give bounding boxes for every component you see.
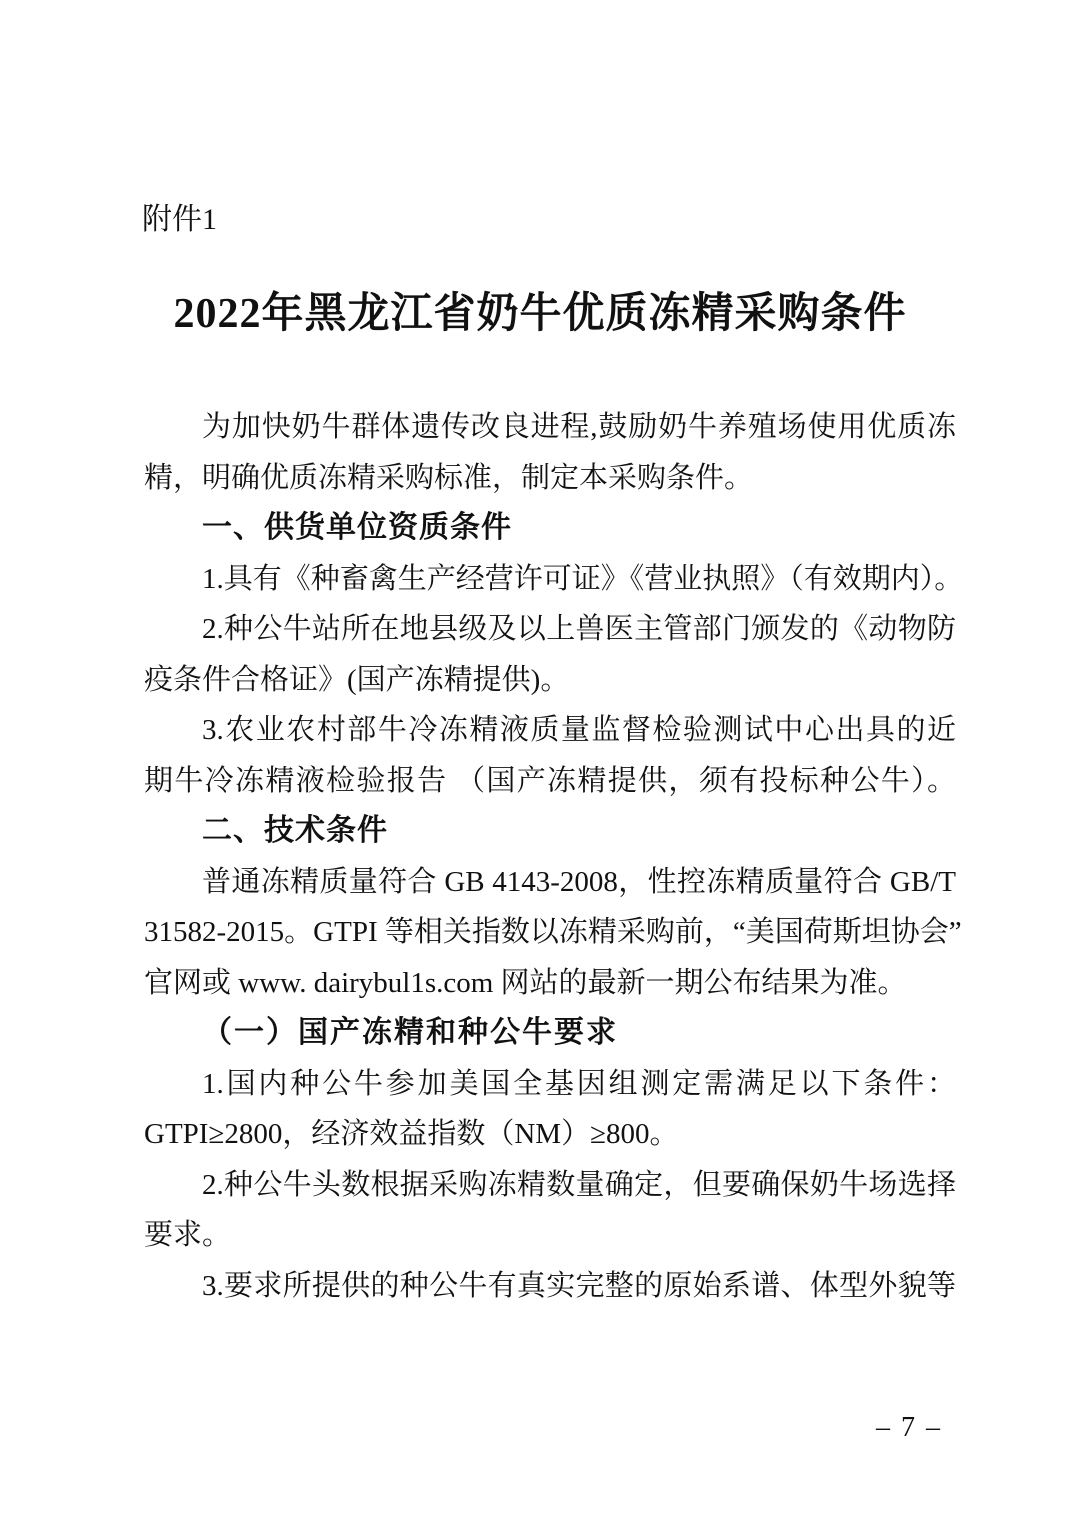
document-page: { "page": { "attachment_label": "附件1", "… (0, 0, 1080, 1527)
paragraph-line: 31582-2015。GTPI 等相关指数以冻精采购前，“美国荷斯坦协会” (144, 907, 956, 958)
page-number: – 7 – (876, 1410, 942, 1446)
list-item-line: 2.种公牛头数根据采购冻精数量确定，但要确保奶牛场选择 (144, 1160, 956, 1211)
paragraph-line: 官网或 www. dairybul1s.com 网站的最新一期公布结果为准。 (144, 958, 956, 1009)
list-item-line: 1.国内种公牛参加美国全基因组测定需满足以下条件： (144, 1059, 956, 1110)
list-item-line: 疫条件合格证》(国产冻精提供)。 (144, 655, 956, 706)
list-item-line: 1.具有《种畜禽生产经营许可证》《营业执照》（有效期内）。 (144, 554, 956, 605)
list-item-line: 2.种公牛站所在地县级及以上兽医主管部门颁发的《动物防 (144, 604, 956, 655)
list-item-line: GTPI≥2800，经济效益指数（NM）≥800。 (144, 1109, 956, 1160)
paragraph-line: 普通冻精质量符合 GB 4143-2008，性控冻精质量符合 GB/T (144, 857, 956, 908)
paragraph-line: 精，明确优质冻精采购标准，制定本采购条件。 (144, 453, 956, 504)
list-item-line: 3.农业农村部牛冷冻精液质量监督检验测试中心出具的近 (144, 705, 956, 756)
document-title: 2022年黑龙江省奶牛优质冻精采购条件 (0, 285, 1080, 343)
list-item-line: 期牛冷冻精液检验报告 （国产冻精提供，须有投标种公牛）。 (144, 756, 956, 807)
list-item-line: 要求。 (144, 1210, 956, 1261)
section-heading-1: 一、供货单位资质条件 (144, 503, 956, 554)
document-body: 为加快奶牛群体遗传改良进程,鼓励奶牛养殖场使用优质冻 精，明确优质冻精采购标准，… (144, 402, 956, 1311)
paragraph-line: 为加快奶牛群体遗传改良进程,鼓励奶牛养殖场使用优质冻 (144, 402, 956, 453)
attachment-label: 附件1 (142, 200, 217, 240)
list-item-line: 3.要求所提供的种公牛有真实完整的原始系谱、体型外貌等 (144, 1261, 956, 1312)
section-heading-2: 二、技术条件 (144, 806, 956, 857)
sub-section-heading: （一）国产冻精和种公牛要求 (144, 1008, 956, 1059)
